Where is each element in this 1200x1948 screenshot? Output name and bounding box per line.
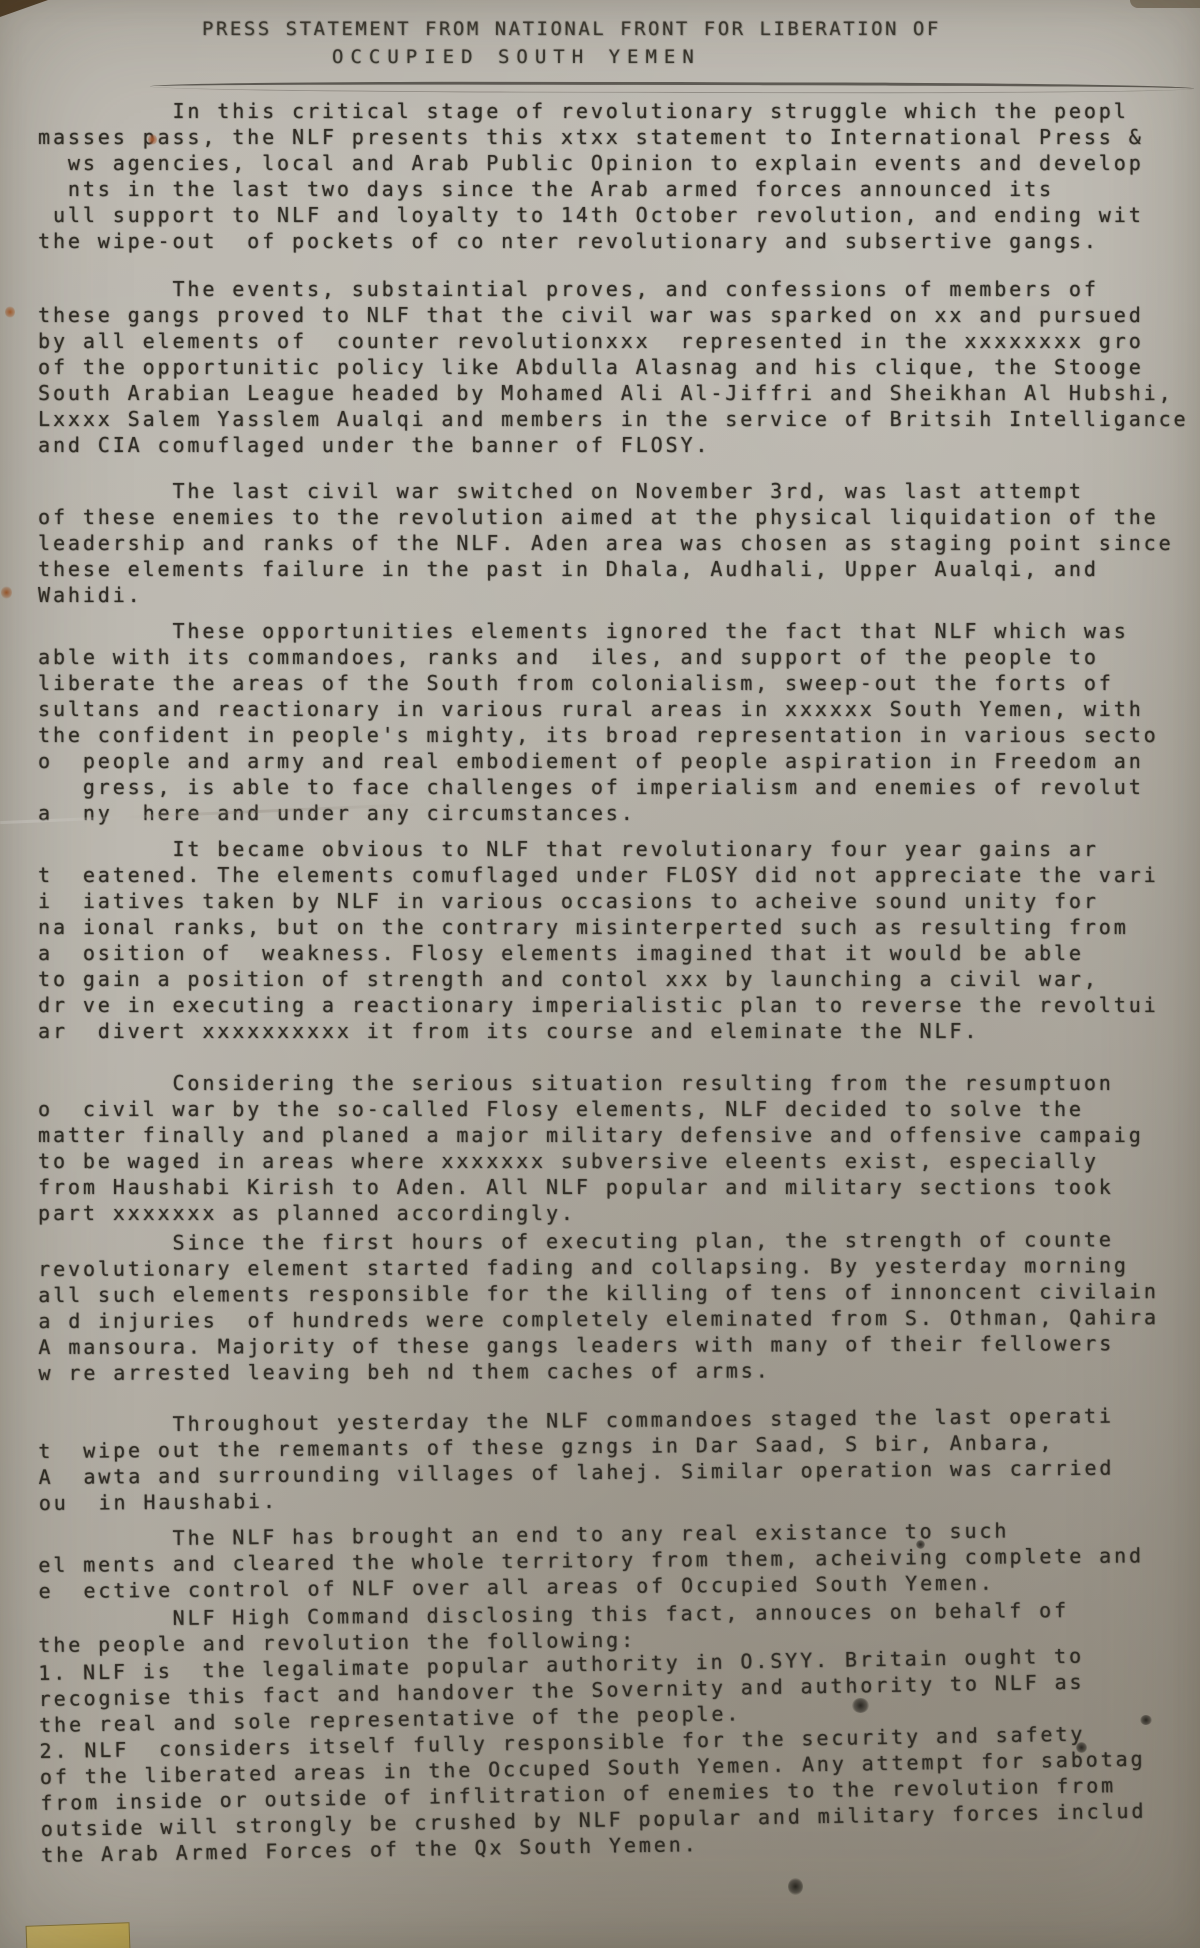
paragraph: It became obvious to NLF that revolution…: [38, 836, 1200, 1044]
document-title-line1: PRESS STATEMENT FROM NATIONAL FRONT FOR …: [202, 18, 1200, 40]
text-line: The events, substaintial proves, and con…: [38, 276, 1200, 302]
text-line: a d injuries of hundreds were completely…: [38, 1304, 1200, 1334]
text-line: i iatives taken by NLF in various occasi…: [38, 888, 1200, 914]
document-body: In this critical stage of revolutionary …: [38, 98, 1200, 1868]
text-line: The last civil war switched on November …: [38, 478, 1200, 504]
text-line: able with its commandoes, ranks and iles…: [38, 644, 1200, 670]
text-line: a ny here and under any circumstances.: [38, 800, 1200, 826]
ink-blot: [788, 1878, 803, 1895]
photo-corner-shadow: [1130, 0, 1200, 8]
text-line: matter finally and planed a major milita…: [38, 1122, 1200, 1148]
text-line: Wahidi.: [38, 582, 1200, 608]
text-line: ar divert xxxxxxxxxx it from its course …: [38, 1018, 1200, 1044]
text-line: nts in the last two days since the Arab …: [38, 176, 1200, 202]
text-line: sultans and reactionary in various rural…: [38, 696, 1200, 722]
text-line: w re arrested leaving beh nd them caches…: [38, 1356, 1200, 1386]
text-line: the confident in people's mighty, its br…: [38, 722, 1200, 748]
paragraph: Since the first hours of executing plan,…: [38, 1226, 1200, 1386]
paragraph: In this critical stage of revolutionary …: [38, 98, 1200, 254]
text-line: of the opportunitic policy like Abdulla …: [38, 354, 1200, 380]
document-title-line2: OCCUPIED SOUTH YEMEN: [332, 46, 1200, 68]
paragraph: The last civil war switched on November …: [38, 478, 1200, 608]
photo-corner-shadow: [0, 0, 48, 17]
text-line: masses pass, the NLF presents this xtxx …: [38, 124, 1200, 150]
rust-stain: [1, 586, 12, 599]
text-line: Lxxxx Salem Yasslem Aualqi and members i…: [38, 406, 1200, 432]
paragraph: Considering the serious situation result…: [38, 1070, 1200, 1226]
text-line: liberate the areas of the South from col…: [38, 670, 1200, 696]
text-line: a osition of weakness. Flosy elements im…: [38, 940, 1200, 966]
text-line: South Arabian League headed by Mohamed A…: [38, 380, 1200, 406]
text-line: all such elements responsible for the ki…: [38, 1278, 1200, 1308]
text-line: Since the first hours of executing plan,…: [38, 1226, 1200, 1256]
text-line: of these enemies to the revolution aimed…: [38, 504, 1200, 530]
text-line: these elements failure in the past in Dh…: [38, 556, 1200, 582]
text-line: ull support to NLF and loyalty to 14th O…: [38, 202, 1200, 228]
paper-tab: [26, 1922, 131, 1948]
text-line: to be waged in areas where xxxxxxx subve…: [38, 1148, 1200, 1174]
text-line: dr ve in executing a reactionary imperia…: [38, 992, 1200, 1018]
text-line: these gangs proved to NLF that the civil…: [38, 302, 1200, 328]
document-header: PRESS STATEMENT FROM NATIONAL FRONT FOR …: [0, 18, 1200, 68]
paragraph: These opportunities elements ignored the…: [38, 618, 1200, 826]
text-line: to gain a position of strength and conto…: [38, 966, 1200, 992]
text-line: A mansoura. Majority of these gangs lead…: [38, 1330, 1200, 1360]
text-line: and CIA comuflaged under the banner of F…: [38, 432, 1200, 458]
text-line: t eatened. The elements comuflaged under…: [38, 862, 1200, 888]
text-line: o civil war by the so-called Flosy eleme…: [38, 1096, 1200, 1122]
document-page: PRESS STATEMENT FROM NATIONAL FRONT FOR …: [0, 0, 1200, 1948]
text-line: Considering the serious situation result…: [38, 1070, 1200, 1096]
title-underline-rule: [150, 81, 1194, 94]
text-line: In this critical stage of revolutionary …: [38, 98, 1200, 124]
text-line: revolutionary element started fading and…: [38, 1252, 1200, 1282]
paragraph: Throughout yesterday the NLF commandoes …: [38, 1402, 1200, 1516]
text-line: part xxxxxxx as planned accordingly.: [38, 1200, 1200, 1226]
text-line: ws agencies, local and Arab Public Opini…: [38, 150, 1200, 176]
text-line: These opportunities elements ignored the…: [38, 618, 1200, 644]
text-line: o people and army and real embodiement o…: [38, 748, 1200, 774]
paragraph: 1. NLF is the legalimate popular authori…: [38, 1640, 1200, 1868]
text-line: leadership and ranks of the NLF. Aden ar…: [38, 530, 1200, 556]
text-line: gress, is able to face challenges of imp…: [38, 774, 1200, 800]
paragraph: The NLF has brought an end to any real e…: [38, 1516, 1200, 1604]
text-line: the wipe-out of pockets of co nter revol…: [38, 228, 1200, 254]
text-line: It became obvious to NLF that revolution…: [38, 836, 1200, 862]
paragraph: The events, substaintial proves, and con…: [38, 276, 1200, 458]
text-line: by all elements of counter revolutionxxx…: [38, 328, 1200, 354]
text-line: na ional ranks, but on the contrary misi…: [38, 914, 1200, 940]
text-line: from Haushabi Kirish to Aden. All NLF po…: [38, 1174, 1200, 1200]
rust-stain: [5, 306, 15, 318]
